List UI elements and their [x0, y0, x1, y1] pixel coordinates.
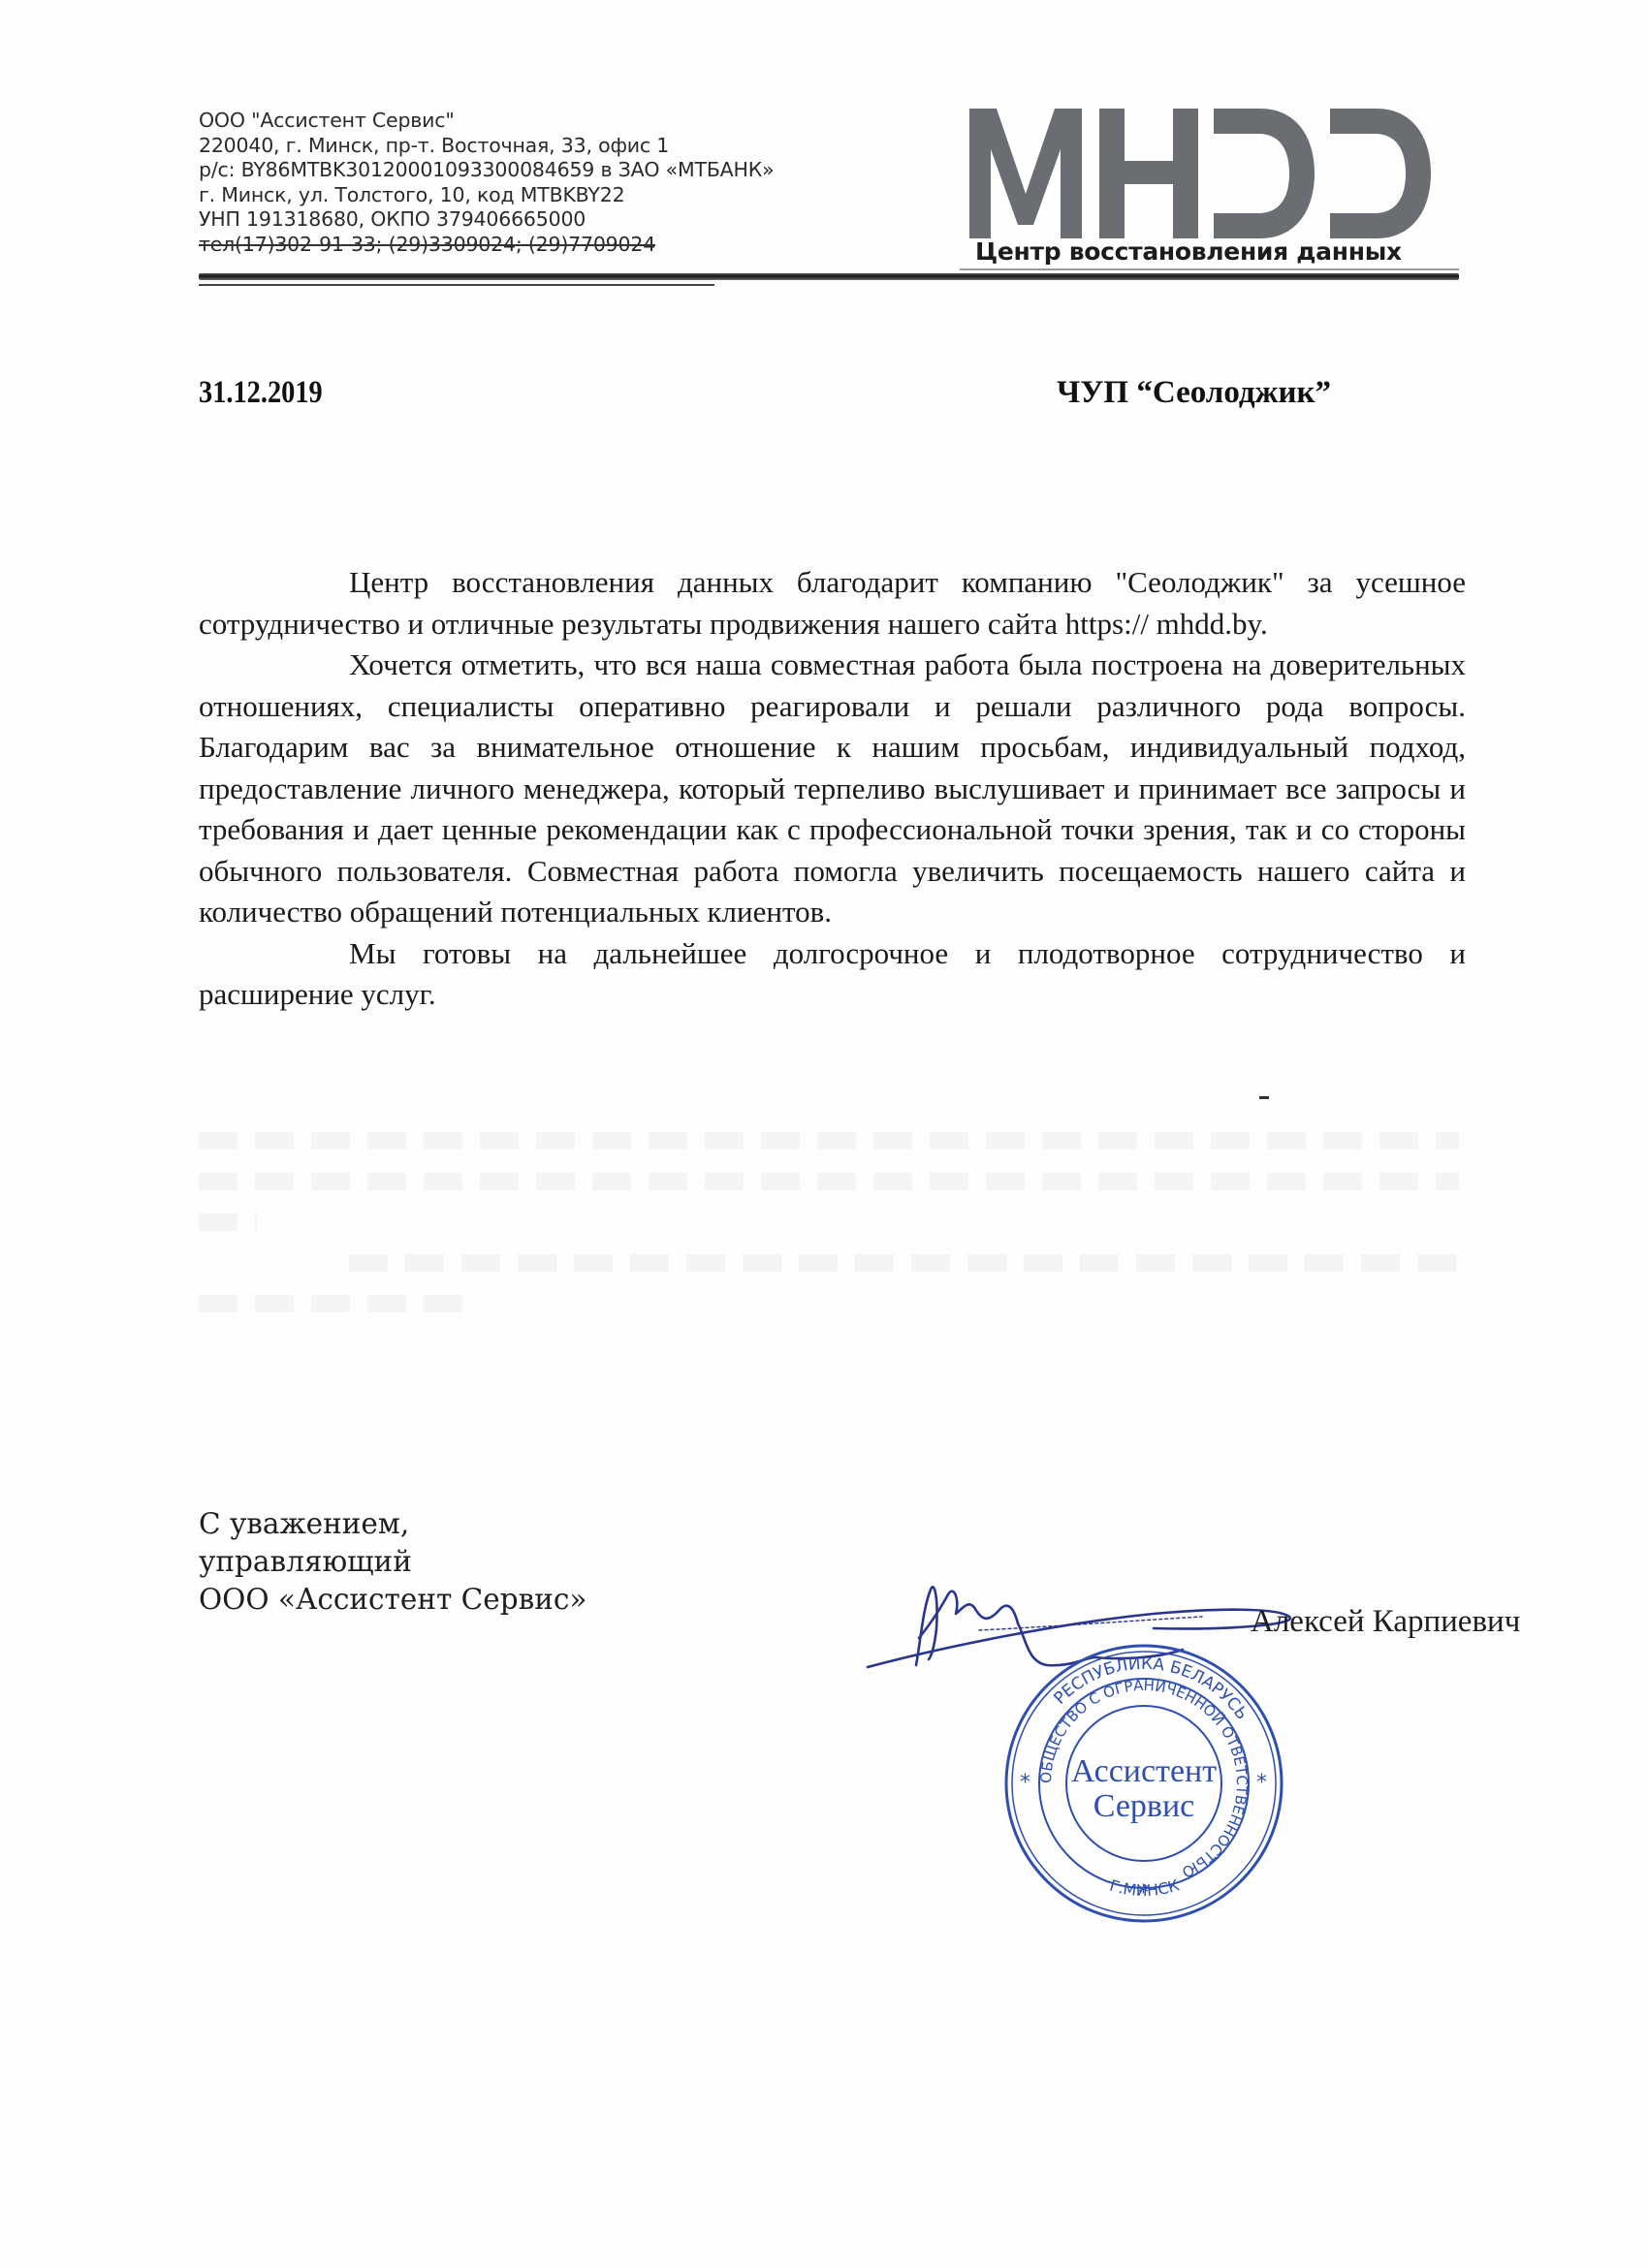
company-address: 220040, г. Минск, пр-т. Восточная, 33, о…: [199, 134, 774, 159]
recipient: ЧУП “Сеолоджик”: [1057, 375, 1331, 411]
letter-page: ООО "Ассистент Сервис" 220040, г. Минск,…: [0, 0, 1648, 2268]
bleed-through-text: [199, 1173, 1459, 1190]
bleed-through-text: [199, 1295, 480, 1312]
stamp-star-right: *: [1256, 1771, 1267, 1795]
company-stamp: РЕСПУБЛИКА БЕЛАРУСЬ ОБЩЕСТВО С ОГРАНИЧЕН…: [998, 1638, 1289, 1929]
bleed-through-text: [349, 1254, 1459, 1272]
body-paragraph: Хочется отметить, что вся наша совместна…: [199, 645, 1466, 933]
header-rule: [199, 273, 1459, 280]
closing-block: С уважением, управляющий ООО «Ассистент …: [199, 1505, 586, 1619]
bank-address: г. Минск, ул. Толстого, 10, код MTBKBY22: [199, 183, 774, 208]
body-paragraph: Мы готовы на дальнейшее долгосрочное и п…: [199, 933, 1466, 1016]
phone-numbers: тел(17)302-91-33; (29)3309024; (29)77090…: [199, 233, 774, 258]
mhdd-wordmark-icon: [969, 109, 1454, 244]
closing-company: ООО «Ассистент Сервис»: [199, 1581, 586, 1619]
stamp-center-line2: Сервис: [1093, 1788, 1195, 1824]
closing-salutation: С уважением,: [199, 1505, 586, 1543]
bleed-through-text: [199, 1132, 1459, 1150]
company-name: ООО "Ассистент Сервис": [199, 109, 774, 134]
mhdd-logo: [969, 109, 1454, 244]
tax-ids: УНП 191318680, ОКПО 379406665000: [199, 207, 774, 233]
header-rule-thin-bottom: [199, 284, 714, 286]
stamp-center-line1: Ассистент: [1071, 1753, 1217, 1789]
logo-subtitle: Центр восстановления данных: [975, 237, 1402, 266]
header-rule-thin-top: [960, 268, 1459, 270]
closing-position: управляющий: [199, 1543, 586, 1581]
scan-artifact: [1259, 1096, 1269, 1099]
stamp-star-bottom: *: [1138, 1881, 1149, 1906]
body-paragraph: Центр восстановления данных благодарит к…: [199, 562, 1466, 645]
letter-body: Центр восстановления данных благодарит к…: [199, 562, 1466, 1016]
bank-account: р/с: BY86MTBK30120001093300084659 в ЗАО …: [199, 158, 774, 183]
bleed-through-text: [199, 1213, 257, 1231]
letter-date: 31.12.2019: [199, 375, 323, 411]
stamp-star-left: *: [1020, 1771, 1030, 1795]
signer-name: Алексей Карпиевич: [1251, 1604, 1520, 1640]
company-requisites: ООО "Ассистент Сервис" 220040, г. Минск,…: [199, 109, 774, 257]
stamp-seal-icon: РЕСПУБЛИКА БЕЛАРУСЬ ОБЩЕСТВО С ОГРАНИЧЕН…: [998, 1638, 1289, 1929]
